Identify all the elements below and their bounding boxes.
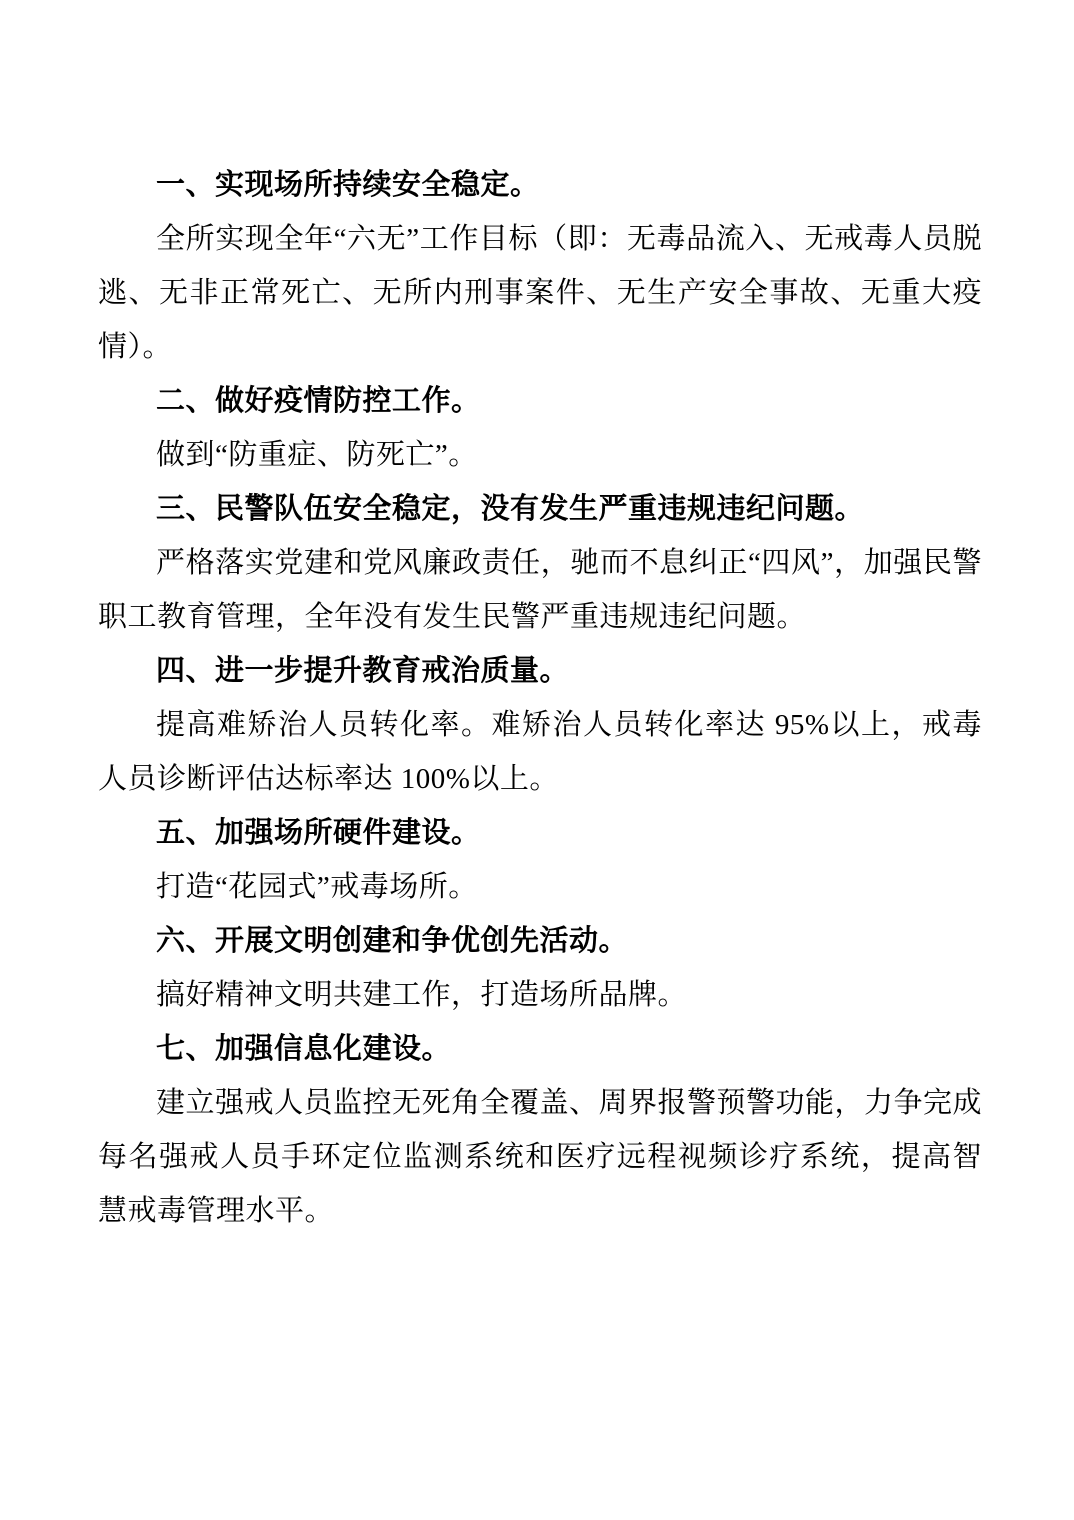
section-2-paragraph: 做到“防重症、防死亡”。: [98, 428, 982, 482]
section-7-paragraph: 建立强戒人员监控无死角全覆盖、周界报警预警功能，力争完成每名强戒人员手环定位监测…: [98, 1076, 982, 1238]
section-6-heading: 六、开展文明创建和争优创先活动。: [98, 914, 982, 968]
section-7-heading: 七、加强信息化建设。: [98, 1022, 982, 1076]
section-5-paragraph: 打造“花园式”戒毒场所。: [98, 860, 982, 914]
section-3-heading: 三、民警队伍安全稳定，没有发生严重违规违纪问题。: [98, 482, 982, 536]
section-3: 三、民警队伍安全稳定，没有发生严重违规违纪问题。 严格落实党建和党风廉政责任，驰…: [98, 482, 982, 644]
section-4-heading: 四、进一步提升教育戒治质量。: [98, 644, 982, 698]
section-2-heading: 二、做好疫情防控工作。: [98, 374, 982, 428]
section-2: 二、做好疫情防控工作。 做到“防重症、防死亡”。: [98, 374, 982, 482]
section-1-heading: 一、实现场所持续安全稳定。: [98, 158, 982, 212]
section-4: 四、进一步提升教育戒治质量。 提高难矫治人员转化率。难矫治人员转化率达 95%以…: [98, 644, 982, 806]
section-1: 一、实现场所持续安全稳定。 全所实现全年“六无”工作目标（即：无毒品流入、无戒毒…: [98, 158, 982, 374]
section-1-paragraph: 全所实现全年“六无”工作目标（即：无毒品流入、无戒毒人员脱逃、无非正常死亡、无所…: [98, 212, 982, 374]
section-6: 六、开展文明创建和争优创先活动。 搞好精神文明共建工作，打造场所品牌。: [98, 914, 982, 1022]
document-page: 一、实现场所持续安全稳定。 全所实现全年“六无”工作目标（即：无毒品流入、无戒毒…: [0, 0, 1074, 1520]
section-6-paragraph: 搞好精神文明共建工作，打造场所品牌。: [98, 968, 982, 1022]
section-5-heading: 五、加强场所硬件建设。: [98, 806, 982, 860]
section-5: 五、加强场所硬件建设。 打造“花园式”戒毒场所。: [98, 806, 982, 914]
section-4-paragraph: 提高难矫治人员转化率。难矫治人员转化率达 95%以上，戒毒人员诊断评估达标率达 …: [98, 698, 982, 806]
section-3-paragraph: 严格落实党建和党风廉政责任，驰而不息纠正“四风”，加强民警职工教育管理，全年没有…: [98, 536, 982, 644]
section-7: 七、加强信息化建设。 建立强戒人员监控无死角全覆盖、周界报警预警功能，力争完成每…: [98, 1022, 982, 1238]
